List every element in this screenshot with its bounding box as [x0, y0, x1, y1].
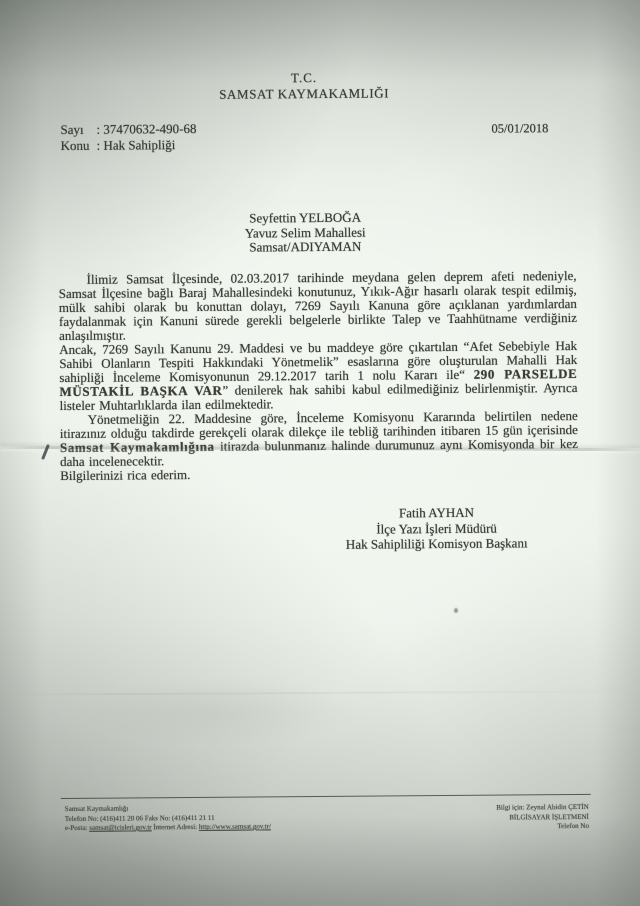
footer-divider: [61, 794, 591, 799]
konu-label: Konu: [61, 137, 97, 153]
footer-email: samsat@icisleri.gov.tr: [89, 823, 151, 831]
footer-website: http://www.samsat.gov.tr/: [199, 822, 271, 831]
letter-body: İlimiz Samsat İlçesinde, 02.03.2017 tari…: [59, 269, 579, 483]
signature-block: Fatih AYHAN İlçe Yazı İşleri Müdürü Hak …: [304, 504, 568, 553]
footer-eposta-label: e-Posta:: [65, 824, 89, 832]
recipient-block: Seyfettin YELBOĞA Yavuz Selim Mahallesi …: [155, 210, 455, 256]
paragraph-1: İlimiz Samsat İlçesinde, 02.03.2017 tari…: [59, 269, 578, 343]
paragraph-3: Yönetmeliğin 22. Maddesine göre, İncelem…: [60, 409, 578, 469]
letterhead-office: SAMSAT KAYMAKAMLIĞI: [0, 84, 611, 105]
ink-spot: [454, 608, 458, 613]
sayi-label: Sayı: [60, 122, 96, 138]
konu-row: Konu: Hak Sahipliği: [61, 136, 197, 153]
letterhead: T.C. SAMSAT KAYMAKAMLIĞI: [0, 68, 611, 105]
paragraph-2: Ancak, 7269 Sayılı Kanunu 29. Maddesi ve…: [59, 339, 578, 413]
footer-contact-line: e-Posta: samsat@icisleri.gov.tr İnternet…: [65, 822, 271, 833]
official-letter: T.C. SAMSAT KAYMAKAMLIĞI Sayı: 37470632-…: [0, 0, 640, 906]
footer-contact-block: Samsat Kaymakamlığı Telefon No: (416)411…: [65, 803, 271, 833]
document-meta: Sayı: 37470632-490-68 Konu: Hak Sahipliğ…: [60, 121, 196, 153]
signatory-role: Hak Sahipliliği Komisyon Başkanı: [305, 535, 569, 553]
body-text: İlimiz Samsat İlçesinde, 02.03.2017 tari…: [59, 268, 577, 343]
recipient-address-line2: Samsat/ADIYAMAN: [155, 239, 455, 256]
closing-line: Bilgilerinizi rica ederim.: [60, 465, 578, 483]
konu-value: : Hak Sahipliği: [97, 137, 176, 153]
scanned-letter-photo: T.C. SAMSAT KAYMAKAMLIĞI Sayı: 37470632-…: [0, 0, 640, 906]
letter-date: 05/01/2018: [491, 121, 548, 136]
sayi-row: Sayı: 37470632-490-68: [60, 121, 196, 138]
footer-info-phone: Telefon No: [421, 822, 589, 833]
sayi-value: : 37470632-490-68: [96, 121, 196, 137]
footer-info-block: Bilgi için: Zeynal Abidin ÇETİN BİLGİSAY…: [421, 803, 589, 833]
footer-internet-label: İnternet Adresi:: [152, 823, 199, 831]
